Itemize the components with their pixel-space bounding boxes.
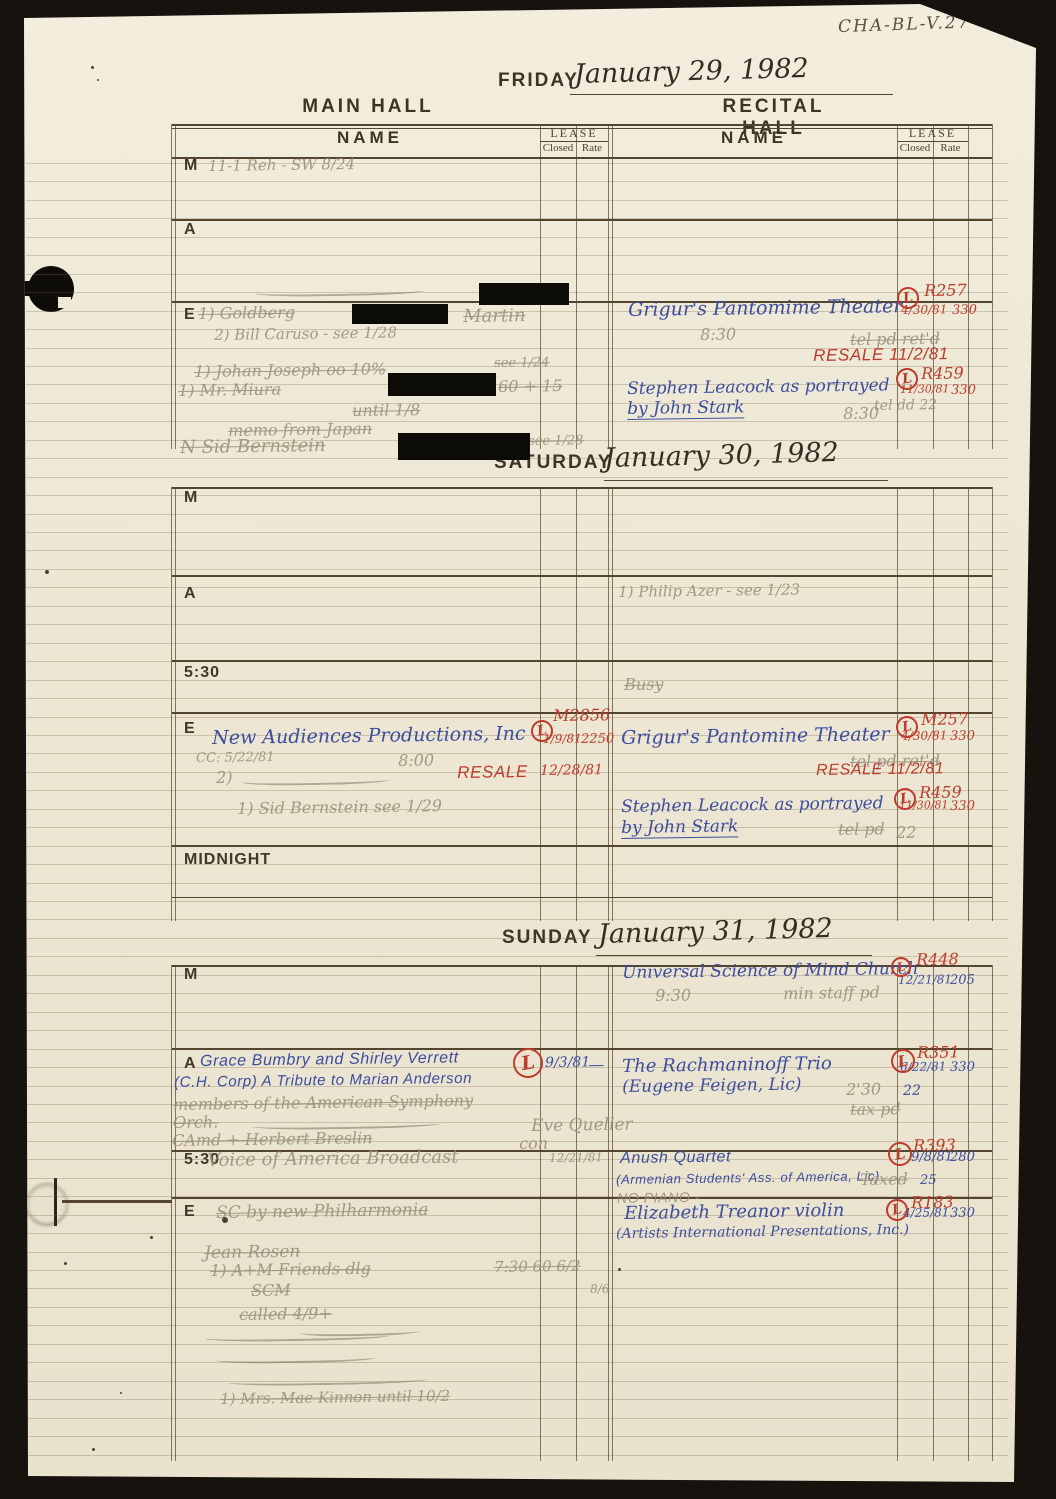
paper-speck <box>64 1262 67 1265</box>
table-column-line <box>540 487 541 921</box>
ruled-line <box>26 514 1008 515</box>
handwritten-note: 280 <box>950 1150 975 1165</box>
handwritten-note: — <box>588 1055 604 1074</box>
table-column-line <box>171 124 172 449</box>
handwritten-note: RESALE <box>457 762 528 783</box>
handwritten-note: (Eugene Feigen, Lic) <box>622 1074 802 1097</box>
ruled-line <box>26 495 1008 496</box>
ruled-line <box>26 1436 1008 1437</box>
row-label-midnight: MIDNIGHT <box>184 851 271 869</box>
ledger-paper: CHA-BL-V.27-047 FRIDAY January 29, 1982 … <box>22 4 1036 1486</box>
handwritten-note: 205 <box>950 973 975 988</box>
redaction-bar <box>479 283 569 305</box>
handwritten-note: min staff pd <box>783 983 880 1003</box>
ruled-line <box>26 1381 1008 1382</box>
table-column-line <box>612 965 613 1461</box>
handwritten-note: R448 <box>916 949 959 969</box>
handwritten-note: until 1/8 <box>352 400 420 420</box>
table-rule-line <box>172 660 992 662</box>
ruled-line <box>26 1399 1008 1400</box>
handwritten-note: Anush Quartet <box>620 1148 731 1168</box>
handwritten-note: N Sid Bernstein <box>180 435 326 458</box>
closed-header-recital: Closed <box>897 142 933 154</box>
punch-hole-top-tab <box>16 281 36 296</box>
rate-header-recital: Rate <box>933 142 968 154</box>
table-column-line <box>171 487 172 921</box>
handwritten-note: 1) Sid Bernstein see 1/29 <box>237 796 442 818</box>
table-rule-line <box>62 1200 172 1203</box>
pencil-scribble <box>242 775 390 787</box>
handwritten-note: 330 <box>950 1206 975 1221</box>
handwritten-note: M2856 <box>553 705 610 725</box>
redaction-bar <box>352 304 448 324</box>
handwritten-note: con <box>519 1134 548 1153</box>
day-name-friday: FRIDAY <box>498 70 579 92</box>
handwritten-note: see 1/28 <box>528 433 584 449</box>
scanned-ledger-page: CHA-BL-V.27-047 FRIDAY January 29, 1982 … <box>0 0 1056 1499</box>
handwritten-note: CAmd + Herbert Breslin <box>172 1128 373 1150</box>
handwritten-note: 330 <box>952 303 977 318</box>
ruled-line <box>26 237 1008 238</box>
pencil-scribble <box>228 1374 428 1386</box>
ruled-line <box>26 1288 1008 1289</box>
table-column-line <box>171 965 172 1461</box>
redaction-bar <box>388 373 496 396</box>
table-rule-line <box>172 845 992 847</box>
table-column-line <box>175 124 176 449</box>
handwritten-note: (C.H. Corp) A Tribute to Marian Anderson <box>174 1070 472 1091</box>
handwritten-note: R257 <box>924 280 967 300</box>
ruled-line <box>26 477 1008 478</box>
handwritten-note: 7:30 60 6/2 <box>494 1257 581 1276</box>
ruled-line <box>26 643 1008 644</box>
row-label-m: M <box>184 157 198 175</box>
archive-code: CHA-BL-V.27-047 <box>838 11 1017 37</box>
table-column-line <box>992 965 993 1461</box>
ruled-line <box>26 550 1008 551</box>
ruled-line <box>26 255 1008 256</box>
handwritten-note: Martin <box>463 305 526 327</box>
handwritten-note: Busy <box>624 674 664 694</box>
pencil-scribble <box>252 1118 442 1130</box>
ruled-line <box>26 624 1008 625</box>
handwritten-note: SCM <box>251 1280 291 1300</box>
punch-hole-bottom-mark <box>54 1178 57 1226</box>
handwritten-note: 22 <box>896 823 917 842</box>
table-column-line <box>540 965 541 1461</box>
handwritten-note: 1) Goldberg <box>198 303 295 323</box>
table-column-line <box>992 487 993 921</box>
table-rule-line <box>604 480 888 481</box>
ruled-line <box>26 200 1008 201</box>
handwritten-note: 9:30 <box>655 985 691 1004</box>
paper-speck <box>97 79 99 81</box>
paper-speck <box>150 1236 153 1239</box>
ruled-line <box>26 790 1008 791</box>
row-label-a: A <box>184 585 197 603</box>
rate-header-main: Rate <box>576 142 608 154</box>
handwritten-note: Voice of America Broadcast <box>207 1146 459 1171</box>
main-hall-title: MAIN HALL <box>278 96 458 118</box>
ruled-line <box>26 956 1008 957</box>
handwritten-note: R459 <box>921 363 964 383</box>
ruled-line <box>26 163 1008 164</box>
handwritten-note: (Armenian Students' Ass. of America, Lic… <box>616 1168 880 1187</box>
paper-speck <box>618 1268 621 1271</box>
row-label-m: M <box>184 489 198 507</box>
handwritten-note: tel dd 22 <box>874 397 937 414</box>
handwritten-note: 1) Johan Joseph oo 10% <box>194 359 386 381</box>
closed-header-main: Closed <box>540 142 576 154</box>
table-column-line <box>992 124 993 449</box>
handwritten-note: 2'30 <box>846 1080 881 1099</box>
handwritten-note: by John Stark <box>627 397 745 420</box>
ruled-line <box>26 698 1008 699</box>
handwritten-note: 1) Philip Azer - see 1/23 <box>618 580 800 601</box>
ruled-line <box>26 717 1008 718</box>
table-rule-line <box>172 1048 992 1050</box>
ruled-line <box>26 1159 1008 1160</box>
handwritten-note: SC by new Philharmonia <box>216 1200 429 1223</box>
row-label-e: E <box>184 720 196 738</box>
handwritten-note: 1) Mr. Miura <box>178 380 281 400</box>
table-rule-line <box>570 94 893 95</box>
handwritten-note: 12/21/81 <box>549 1150 603 1165</box>
paper-speck <box>45 570 49 574</box>
handwritten-note: 330 <box>951 383 976 398</box>
table-column-line <box>608 965 609 1461</box>
ruled-line <box>26 938 1008 939</box>
handwritten-note: 4/25/81 <box>903 1205 949 1220</box>
ruled-line <box>26 181 1008 182</box>
ruled-line <box>26 569 1008 570</box>
name-header-recital: NAME <box>684 128 824 148</box>
handwritten-note: Elizabeth Treanor violin <box>624 1200 844 1224</box>
punch-hole-top-notch <box>58 297 71 308</box>
handwritten-note: M257 <box>921 709 968 729</box>
handwritten-note: by John Stark <box>621 816 739 839</box>
table-column-line <box>576 965 577 1461</box>
circled-L-mark: L <box>886 1140 914 1168</box>
handwritten-note: Grigur's Pantomime Theater <box>628 295 903 321</box>
table-column-line <box>612 124 613 449</box>
punch-hole-bottom <box>26 1182 68 1224</box>
ruled-line <box>26 901 1008 902</box>
row-label-5:30: 5:30 <box>184 664 220 682</box>
handwritten-note: members of the American Symphony <box>173 1091 473 1114</box>
handwritten-note: Stephen Leacock as portrayed <box>621 793 884 817</box>
handwritten-note: Taxed <box>860 1169 908 1189</box>
row-label-a: A <box>184 1055 197 1073</box>
handwritten-note: 9/8/81 <box>911 1149 953 1165</box>
table-rule-line <box>172 128 992 129</box>
handwritten-note: 2) <box>216 768 233 787</box>
handwritten-note: 22 <box>903 1083 921 1099</box>
paper-speck <box>120 1392 122 1394</box>
table-column-line <box>175 965 176 1461</box>
table-rule-line <box>897 141 968 142</box>
ruled-line <box>26 1215 1008 1216</box>
ruled-line <box>26 680 1008 681</box>
pencil-scribble <box>300 1326 420 1337</box>
ruled-line <box>26 1418 1008 1419</box>
pencil-scribble <box>255 286 425 298</box>
ruled-line <box>26 864 1008 865</box>
row-label-e: E <box>184 306 196 324</box>
handwritten-note: 330 <box>950 729 975 744</box>
row-label-m: M <box>184 966 198 984</box>
table-column-line <box>968 124 969 449</box>
handwritten-note: 8:00 <box>398 750 434 769</box>
handwritten-note: 9/3/81 <box>545 1054 590 1071</box>
handwritten-note: (Artists International Presentations, In… <box>616 1222 909 1242</box>
row-label-a: A <box>184 221 197 239</box>
name-header-main: NAME <box>300 128 440 148</box>
table-rule-line <box>172 219 992 221</box>
ruled-line <box>26 1307 1008 1308</box>
handwritten-note: New Audiences Productions, Inc <box>212 723 526 749</box>
handwritten-note: Universal Science of Mind Church <box>622 959 919 983</box>
ruled-line <box>26 1012 1008 1013</box>
handwritten-note: 330 <box>950 1060 975 1075</box>
handwritten-note: 25 <box>920 1173 937 1188</box>
table-column-line <box>576 124 577 449</box>
paper-speck <box>222 1217 228 1223</box>
table-rule-line <box>540 141 608 142</box>
ruled-line <box>26 1252 1008 1253</box>
handwritten-note: 60 + 15 <box>498 376 563 396</box>
ruled-line <box>26 1030 1008 1031</box>
table-column-line <box>608 124 609 449</box>
handwritten-note: The Rachmaninoff Trio <box>622 1053 832 1077</box>
table-column-line <box>608 487 609 921</box>
handwritten-note: 8:30 <box>700 324 736 343</box>
redaction-bar <box>398 433 530 460</box>
handwritten-note: CC: 5/22/81 <box>196 750 275 766</box>
table-column-line <box>968 487 969 921</box>
handwritten-note: Stephen Leacock as portrayed <box>627 375 890 399</box>
handwritten-note: RESALE 11/2/81 <box>816 760 944 780</box>
table-column-line <box>576 487 577 921</box>
handwritten-note: Orch. <box>173 1112 218 1132</box>
table-rule-line <box>596 955 872 956</box>
paper-speck <box>92 1448 95 1451</box>
ruled-line <box>26 587 1008 588</box>
table-rule-line <box>172 487 992 489</box>
handwritten-note: Grace Bumbry and Shirley Verrett <box>200 1049 459 1071</box>
handwritten-note: Grigur's Pantomine Theater <box>621 723 890 749</box>
day-date-saturday: January 30, 1982 <box>604 437 840 474</box>
table-column-line <box>612 487 613 921</box>
ruled-line <box>26 606 1008 607</box>
handwritten-note: 2250 <box>581 732 614 747</box>
table-rule-line <box>172 124 992 126</box>
handwritten-note: 8/6 <box>590 1282 610 1296</box>
ruled-line <box>26 1362 1008 1363</box>
ruled-line <box>26 1325 1008 1326</box>
table-rule-line <box>172 575 992 577</box>
handwritten-note: tax pd <box>850 1099 901 1119</box>
handwritten-note: RESALE 11/2/81 <box>813 344 949 366</box>
handwritten-note: 1) Mrs. Mae Kinnon until 10/2 <box>220 1387 450 1408</box>
handwritten-note: called 4/9+ <box>239 1304 332 1324</box>
handwritten-note: 11-1 Reh - SW 8/24 <box>208 155 355 175</box>
ruled-line <box>26 1455 1008 1456</box>
day-date-friday: January 29, 1982 <box>574 53 810 90</box>
row-label-e: E <box>184 1203 196 1221</box>
handwritten-note: tel pd <box>838 819 885 839</box>
ruled-line <box>26 1344 1008 1345</box>
table-column-line <box>897 487 898 921</box>
ruled-line <box>26 274 1008 275</box>
table-rule-line <box>172 1197 992 1199</box>
handwritten-note: see 1/24 <box>494 355 550 371</box>
paper-speck <box>91 66 94 69</box>
table-column-line <box>933 487 934 921</box>
handwritten-note: 2) Bill Caruso - see 1/28 <box>214 323 397 344</box>
ruled-line <box>26 919 1008 920</box>
handwritten-note: 12/28/81 <box>540 762 603 779</box>
ruled-line <box>26 883 1008 884</box>
handwritten-note: 1) A+M Friends dlg <box>210 1259 371 1280</box>
table-column-line <box>175 487 176 921</box>
ruled-line <box>26 532 1008 533</box>
handwritten-note: 330 <box>950 799 975 814</box>
table-rule-line <box>172 897 992 898</box>
